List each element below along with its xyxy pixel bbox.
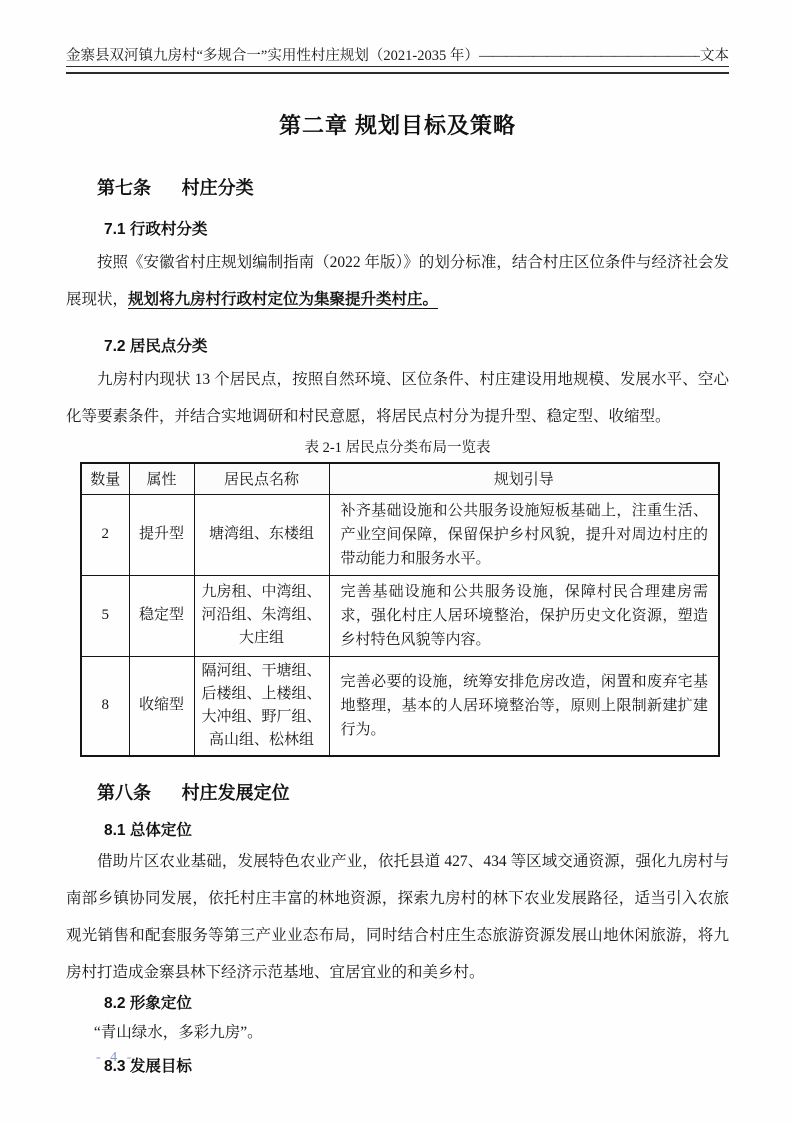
para-8-2-slogan: “青山绿水，多彩九房”。 <box>66 1018 729 1048</box>
heading-7-1: 7.1 行政村分类 <box>104 219 729 240</box>
residents-classification-table: 数量 属性 居民点名称 规划引导 2 提升型 塘湾组、东楼组 补齐基础设施和公共… <box>80 462 720 757</box>
cell-names: 塘湾组、东楼组 <box>194 494 329 575</box>
cell-type: 收缩型 <box>129 656 194 756</box>
cell-type: 提升型 <box>129 494 194 575</box>
page-content: 金寨县双河镇九房村“多规合一”实用性村庄规划（2021-2035 年） ————… <box>0 0 793 1077</box>
para-7-1-emphasis: 规划将九房村行政村定位为集聚提升类村庄。 <box>128 291 438 308</box>
para-7-2: 九房村内现状 13 个居民点，按照自然环境、区位条件、村庄建设用地规模、发展水平… <box>66 361 729 435</box>
header-line: 金寨县双河镇九房村“多规合一”实用性村庄规划（2021-2035 年） ————… <box>66 46 729 67</box>
table-row-shrink: 8 收缩型 隔河组、干塘组、后楼组、上楼组、大冲组、野厂组、高山组、松林组 完善… <box>81 656 719 756</box>
header-doc-type: 文本 <box>700 46 729 66</box>
col-header-count: 数量 <box>81 463 129 494</box>
cell-guidance: 完善必要的设施，统筹安排危房改造，闲置和废弃宅基地整理，基本的人居环境整治等，原… <box>329 656 719 756</box>
heading-8-3: 8.3 发展目标 <box>104 1056 729 1077</box>
cell-names: 九房租、中湾组、河沿组、朱湾组、大庄组 <box>194 575 329 656</box>
heading-8-1: 8.1 总体定位 <box>104 820 729 841</box>
cell-count: 5 <box>81 575 129 656</box>
article-8-label: 第八条 <box>97 783 151 803</box>
heading-8-2: 8.2 形象定位 <box>104 993 729 1014</box>
page-number: - 4 - <box>96 1050 134 1066</box>
col-header-type: 属性 <box>129 463 194 494</box>
header-doc-title: 金寨县双河镇九房村“多规合一”实用性村庄规划（2021-2035 年） <box>66 46 479 66</box>
cell-names: 隔河组、干塘组、后楼组、上楼组、大冲组、野厂组、高山组、松林组 <box>194 656 329 756</box>
table-header-row: 数量 属性 居民点名称 规划引导 <box>81 463 719 494</box>
page-header: 金寨县双河镇九房村“多规合一”实用性村庄规划（2021-2035 年） ————… <box>66 46 729 74</box>
para-8-1: 借助片区农业基础，发展特色农业产业，依托县道 427、434 等区域交通资源，强… <box>66 843 729 991</box>
cell-count: 8 <box>81 656 129 756</box>
table-caption: 表 2-1 居民点分类布局一览表 <box>66 437 729 459</box>
heading-7-2: 7.2 居民点分类 <box>104 336 729 357</box>
chapter-title: 第二章 规划目标及策略 <box>66 112 729 140</box>
table-row-stable: 5 稳定型 九房租、中湾组、河沿组、朱湾组、大庄组 完善基础设施和公共服务设施，… <box>81 575 719 656</box>
article-7-title: 村庄分类 <box>182 178 254 198</box>
col-header-guidance: 规划引导 <box>329 463 719 494</box>
article-7-label: 第七条 <box>97 178 151 198</box>
cell-guidance: 补齐基础设施和公共服务设施短板基础上，注重生活、产业空间保障，保留保护乡村风貌，… <box>329 494 719 575</box>
cell-type: 稳定型 <box>129 575 194 656</box>
header-dash-fill: ———————————————————————— <box>479 46 700 66</box>
article-7-heading: 第七条村庄分类 <box>97 176 729 201</box>
document-page: 金寨县双河镇九房村“多规合一”实用性村庄规划（2021-2035 年） ————… <box>0 0 793 1122</box>
article-8-title: 村庄发展定位 <box>182 783 290 803</box>
cell-count: 2 <box>81 494 129 575</box>
article-8-heading: 第八条村庄发展定位 <box>97 781 729 806</box>
para-7-1: 按照《安徽省村庄规划编制指南（2022 年版）》的划分标准，结合村庄区位条件与经… <box>66 244 729 318</box>
table-row-promote: 2 提升型 塘湾组、东楼组 补齐基础设施和公共服务设施短板基础上，注重生活、产业… <box>81 494 719 575</box>
cell-guidance: 完善基础设施和公共服务设施，保障村民合理建房需求，强化村庄人居环境整治，保护历史… <box>329 575 719 656</box>
col-header-names: 居民点名称 <box>194 463 329 494</box>
